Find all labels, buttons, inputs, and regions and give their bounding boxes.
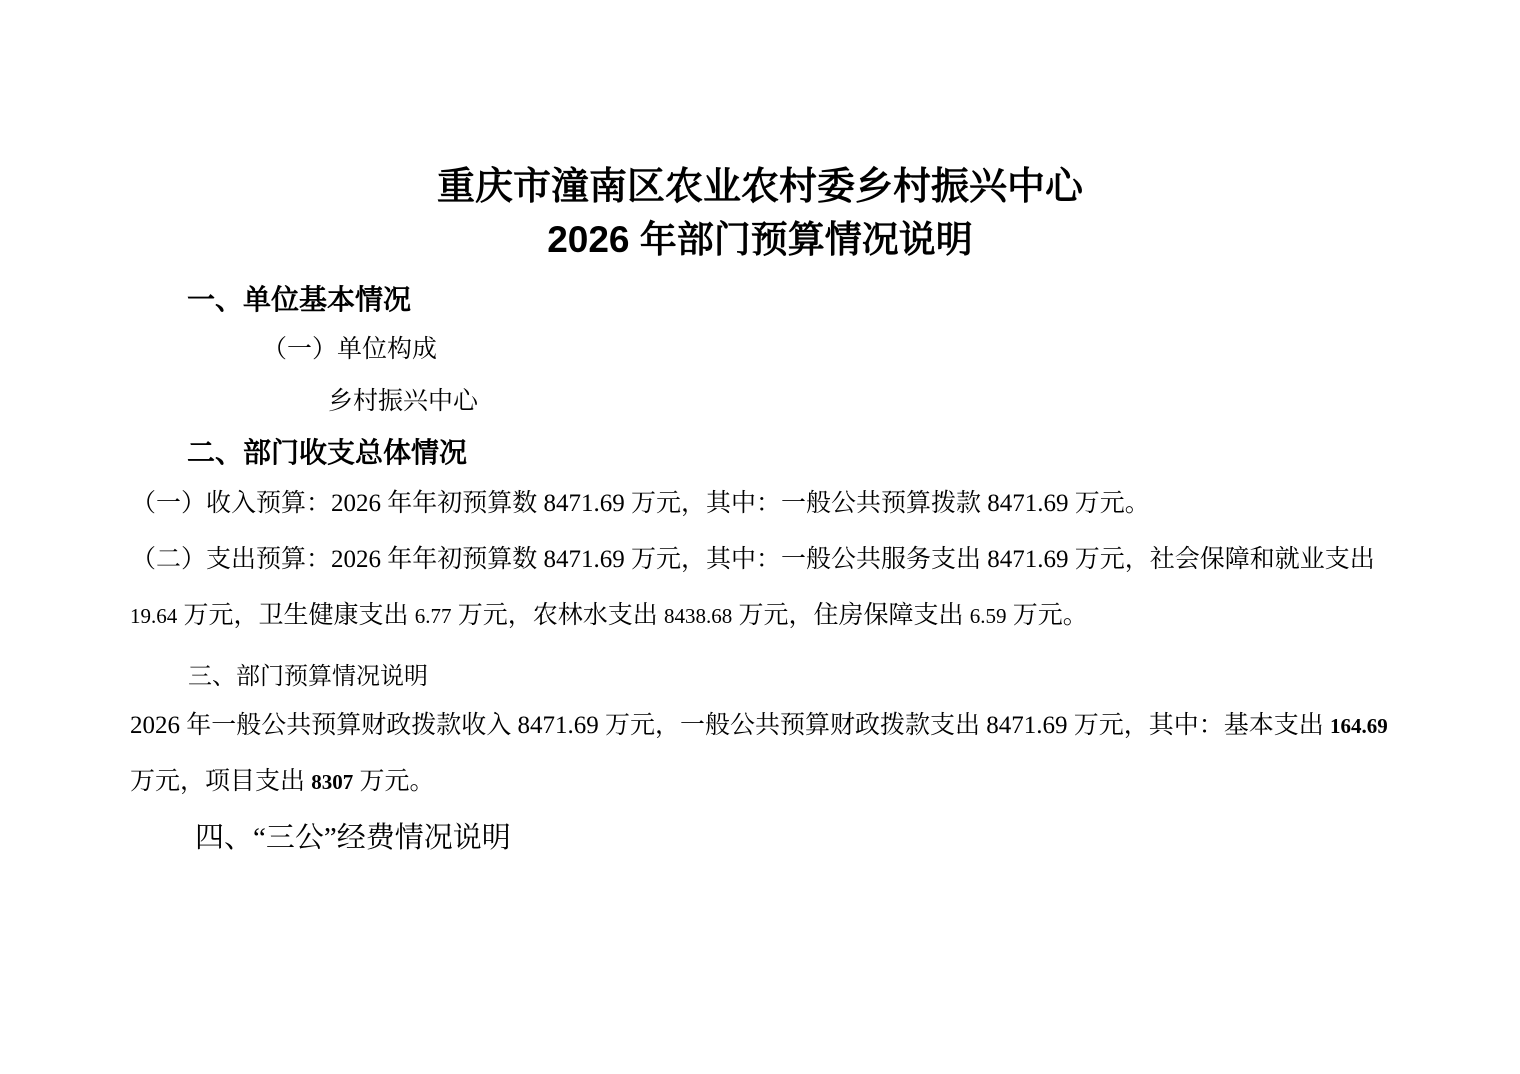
value-health-expense: 6.77	[415, 604, 452, 628]
text-project-expense-label: 万元，项目支出	[130, 768, 311, 795]
text-unit-suffix: 万元。	[1007, 602, 1088, 629]
heading-section-2: 二、部门收支总体情况	[187, 437, 467, 469]
value-project-expense: 8307	[311, 770, 353, 794]
text-agriculture-expense-label: 万元，农林水支出	[452, 602, 665, 629]
section-1-unit-name: 乡村振兴中心	[328, 388, 478, 417]
heading-section-4: 四、“三公”经费情况说明	[195, 822, 511, 855]
heading-section-3: 三、部门预算情况说明	[188, 664, 428, 692]
text-health-expense-label: 万元，卫生健康支出	[177, 602, 415, 629]
value-social-security-expense: 19.64	[130, 604, 177, 628]
value-basic-expense: 164.69	[1330, 714, 1388, 738]
document-title-line-1: 重庆市潼南区农业农村委乡村振兴中心	[0, 166, 1520, 210]
paragraph-fiscal-allocation-line-1: 2026 年一般公共预算财政拨款收入 8471.69 万元，一般公共预算财政拨款…	[130, 712, 1388, 741]
value-agriculture-expense: 8438.68	[664, 604, 732, 628]
paragraph-income-budget: （一）收入预算：2026 年年初预算数 8471.69 万元，其中：一般公共预算…	[131, 490, 1150, 519]
heading-section-1: 一、单位基本情况	[187, 284, 411, 316]
document-title-line-2: 2026 年部门预算情况说明	[0, 219, 1520, 262]
document-page: 重庆市潼南区农业农村委乡村振兴中心 2026 年部门预算情况说明 一、单位基本情…	[0, 0, 1520, 1074]
text-fiscal-allocation: 2026 年一般公共预算财政拨款收入 8471.69 万元，一般公共预算财政拨款…	[130, 712, 1330, 739]
text-housing-expense-label: 万元，住房保障支出	[732, 602, 970, 629]
paragraph-expense-budget-line-2: 19.64 万元，卫生健康支出 6.77 万元，农林水支出 8438.68 万元…	[130, 602, 1088, 631]
paragraph-fiscal-allocation-line-2: 万元，项目支出 8307 万元。	[130, 768, 435, 797]
section-1-item-unit-composition: （一）单位构成	[262, 336, 437, 365]
text-project-expense-suffix: 万元。	[353, 768, 434, 795]
value-housing-expense: 6.59	[970, 604, 1007, 628]
paragraph-expense-budget-line-1: （二）支出预算：2026 年年初预算数 8471.69 万元，其中：一般公共服务…	[131, 546, 1375, 575]
